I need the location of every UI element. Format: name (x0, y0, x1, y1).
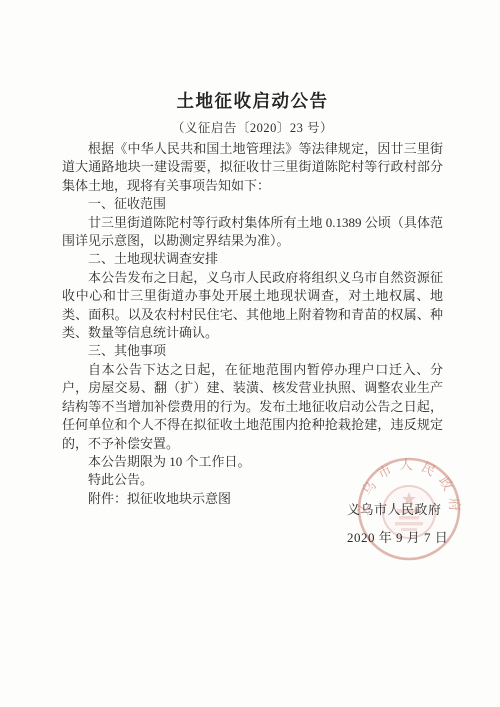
signature-issuer: 义乌市人民政府 (347, 499, 442, 518)
document-title: 土地征收启动公告 (62, 88, 443, 113)
document-number: （义征启告〔2020〕23 号） (62, 118, 443, 136)
body-paragraph: 根据《中华人民共和国土地管理法》等法律规定，因廿三里街道大通路地块一建设需要，拟… (62, 140, 443, 195)
body-paragraph: 本公告发布之日起，义乌市人民政府将组织义乌市自然资源征收中心和廿三里街道办事处开… (62, 269, 443, 343)
section-heading: 三、其他事项 (62, 342, 443, 360)
section-heading: 一、征收范围 (62, 195, 443, 213)
document-page: 土地征收启动公告 （义征启告〔2020〕23 号） 根据《中华人民共和国土地管理… (0, 0, 500, 707)
body-paragraph: 廿三里街道陈陀村等行政村集体所有土地 0.1389 公顷（具体范围详见示意图，以… (62, 214, 443, 251)
body-paragraph: 自本公告下达之日起，在征地范围内暂停办理户口迁入、分户，房屋交易、翻（扩）建、装… (62, 361, 443, 453)
section-heading: 二、土地现状调查安排 (62, 250, 443, 268)
signature-date: 2020 年 9 月 7 日 (347, 527, 448, 546)
